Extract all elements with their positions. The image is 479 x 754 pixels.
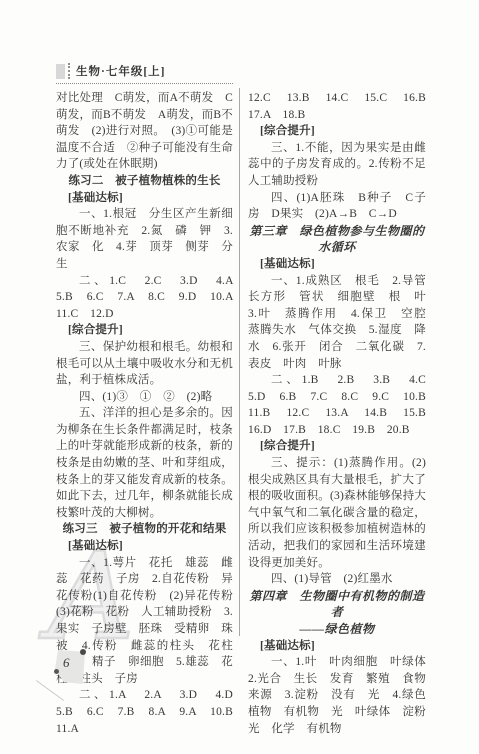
section-label: [基础达标] xyxy=(248,256,426,273)
answer-paragraph: 二、1.B 2.B 3.B 4.C 5.D 6.B 7.C 8.C 9.C 10… xyxy=(248,372,426,438)
exercise-title: 练习二 被子植物植株的生长 xyxy=(56,173,233,190)
answer-paragraph: 五、洋洋的担心是多余的。因为柳条在生长条件都满足时，枝条上的叶芽就能形成新的枝条… xyxy=(56,405,233,521)
column-divider xyxy=(239,88,240,636)
answer-paragraph: 三、提示：(1)蒸腾作用。(2)根尖成熟区具有大量根毛，扩大了根的吸收面积。(3… xyxy=(248,455,426,571)
page-header: 生物·七年级[上] xyxy=(56,63,233,84)
answer-paragraph: 一、1.叶 叶肉细胞 叶绿体 2.光合 生长 发育 繁殖 食物来源 3.淀粉 没… xyxy=(248,654,426,737)
answer-paragraph: 一、1.成熟区 根毛 2.导管 长方形 管状 细胞壁 根 叶 3.叶 蒸腾作用 … xyxy=(248,273,426,373)
answer-paragraph: 四、(1)A胚珠 B种子 C子房 D果实 (2)A→B C→D xyxy=(248,190,426,223)
answer-paragraph: 四、(1)导管 (2)红墨水 xyxy=(248,571,426,588)
right-column: 12.C 13.B 14.C 15.C 16.B 17.A 18.B [综合提升… xyxy=(248,90,426,737)
section-label: [综合提升] xyxy=(248,123,426,140)
left-column: 对比处理 C萌发，而A不萌发 C萌发，而B不萌发 A萌发，而B不萌发 (2)进行… xyxy=(56,90,233,737)
answer-paragraph: 12.C 13.B 14.C 15.C 16.B 17.A 18.B xyxy=(248,90,426,123)
answer-paragraph: 二、1.C 2.C 3.D 4.A 5.B 6.C 7.A 8.C 9.D 10… xyxy=(56,273,233,323)
section-label: [基础达标] xyxy=(56,538,233,555)
answer-paragraph: 一、1.根冠 分生区产生新细胞不断地补充 2.氮 磷 钾 3.农家 化 4.芽 … xyxy=(56,206,233,272)
corner-dot-icon xyxy=(54,669,59,674)
header-dotted-bar xyxy=(68,63,70,79)
section-label: [综合提升] xyxy=(56,322,233,339)
chapter-title: 第四章 生物圈中有机物的制造者 xyxy=(248,588,426,621)
answer-paragraph: 三、1.不能，因为果实是由雌蕊中的子房发育成的。2.传粉不足 人工辅助授粉 xyxy=(248,140,426,190)
chapter-title: 第三章 绿色植物参与生物圈的水循环 xyxy=(248,223,426,256)
chapter-subtitle: ——绿色植物 xyxy=(248,621,426,638)
exercise-title: 练习三 被子植物的开花和结果 xyxy=(56,521,233,538)
section-label: [基础达标] xyxy=(248,638,426,655)
page-number: 6 xyxy=(63,655,70,671)
answer-paragraph: 二、1.A 2.A 3.D 4.D 5.B 6.C 7.B 8.A 9.A 10… xyxy=(56,687,233,737)
header-square-decoration xyxy=(56,64,65,79)
answer-paragraph: 对比处理 C萌发，而A不萌发 C萌发，而B不萌发 A萌发，而B不萌发 (2)进行… xyxy=(56,90,233,173)
scanned-page: A 生物·七年级[上] 对比处理 C萌发，而A不萌发 C萌发，而B不萌发 A萌发… xyxy=(0,0,479,754)
answer-paragraph: 四、(1)③ ① ② (2)略 xyxy=(56,389,233,406)
book-title: 生物·七年级[上] xyxy=(76,63,166,79)
answer-paragraph: 三、保护幼根和根毛。幼根和根毛可以从土壤中吸收水分和无机盐，利于植株成活。 xyxy=(56,339,233,389)
corner-dot-icon xyxy=(80,649,86,655)
section-label: [基础达标] xyxy=(56,190,233,207)
section-label: [综合提升] xyxy=(248,438,426,455)
header-dotted-underline xyxy=(56,83,233,84)
